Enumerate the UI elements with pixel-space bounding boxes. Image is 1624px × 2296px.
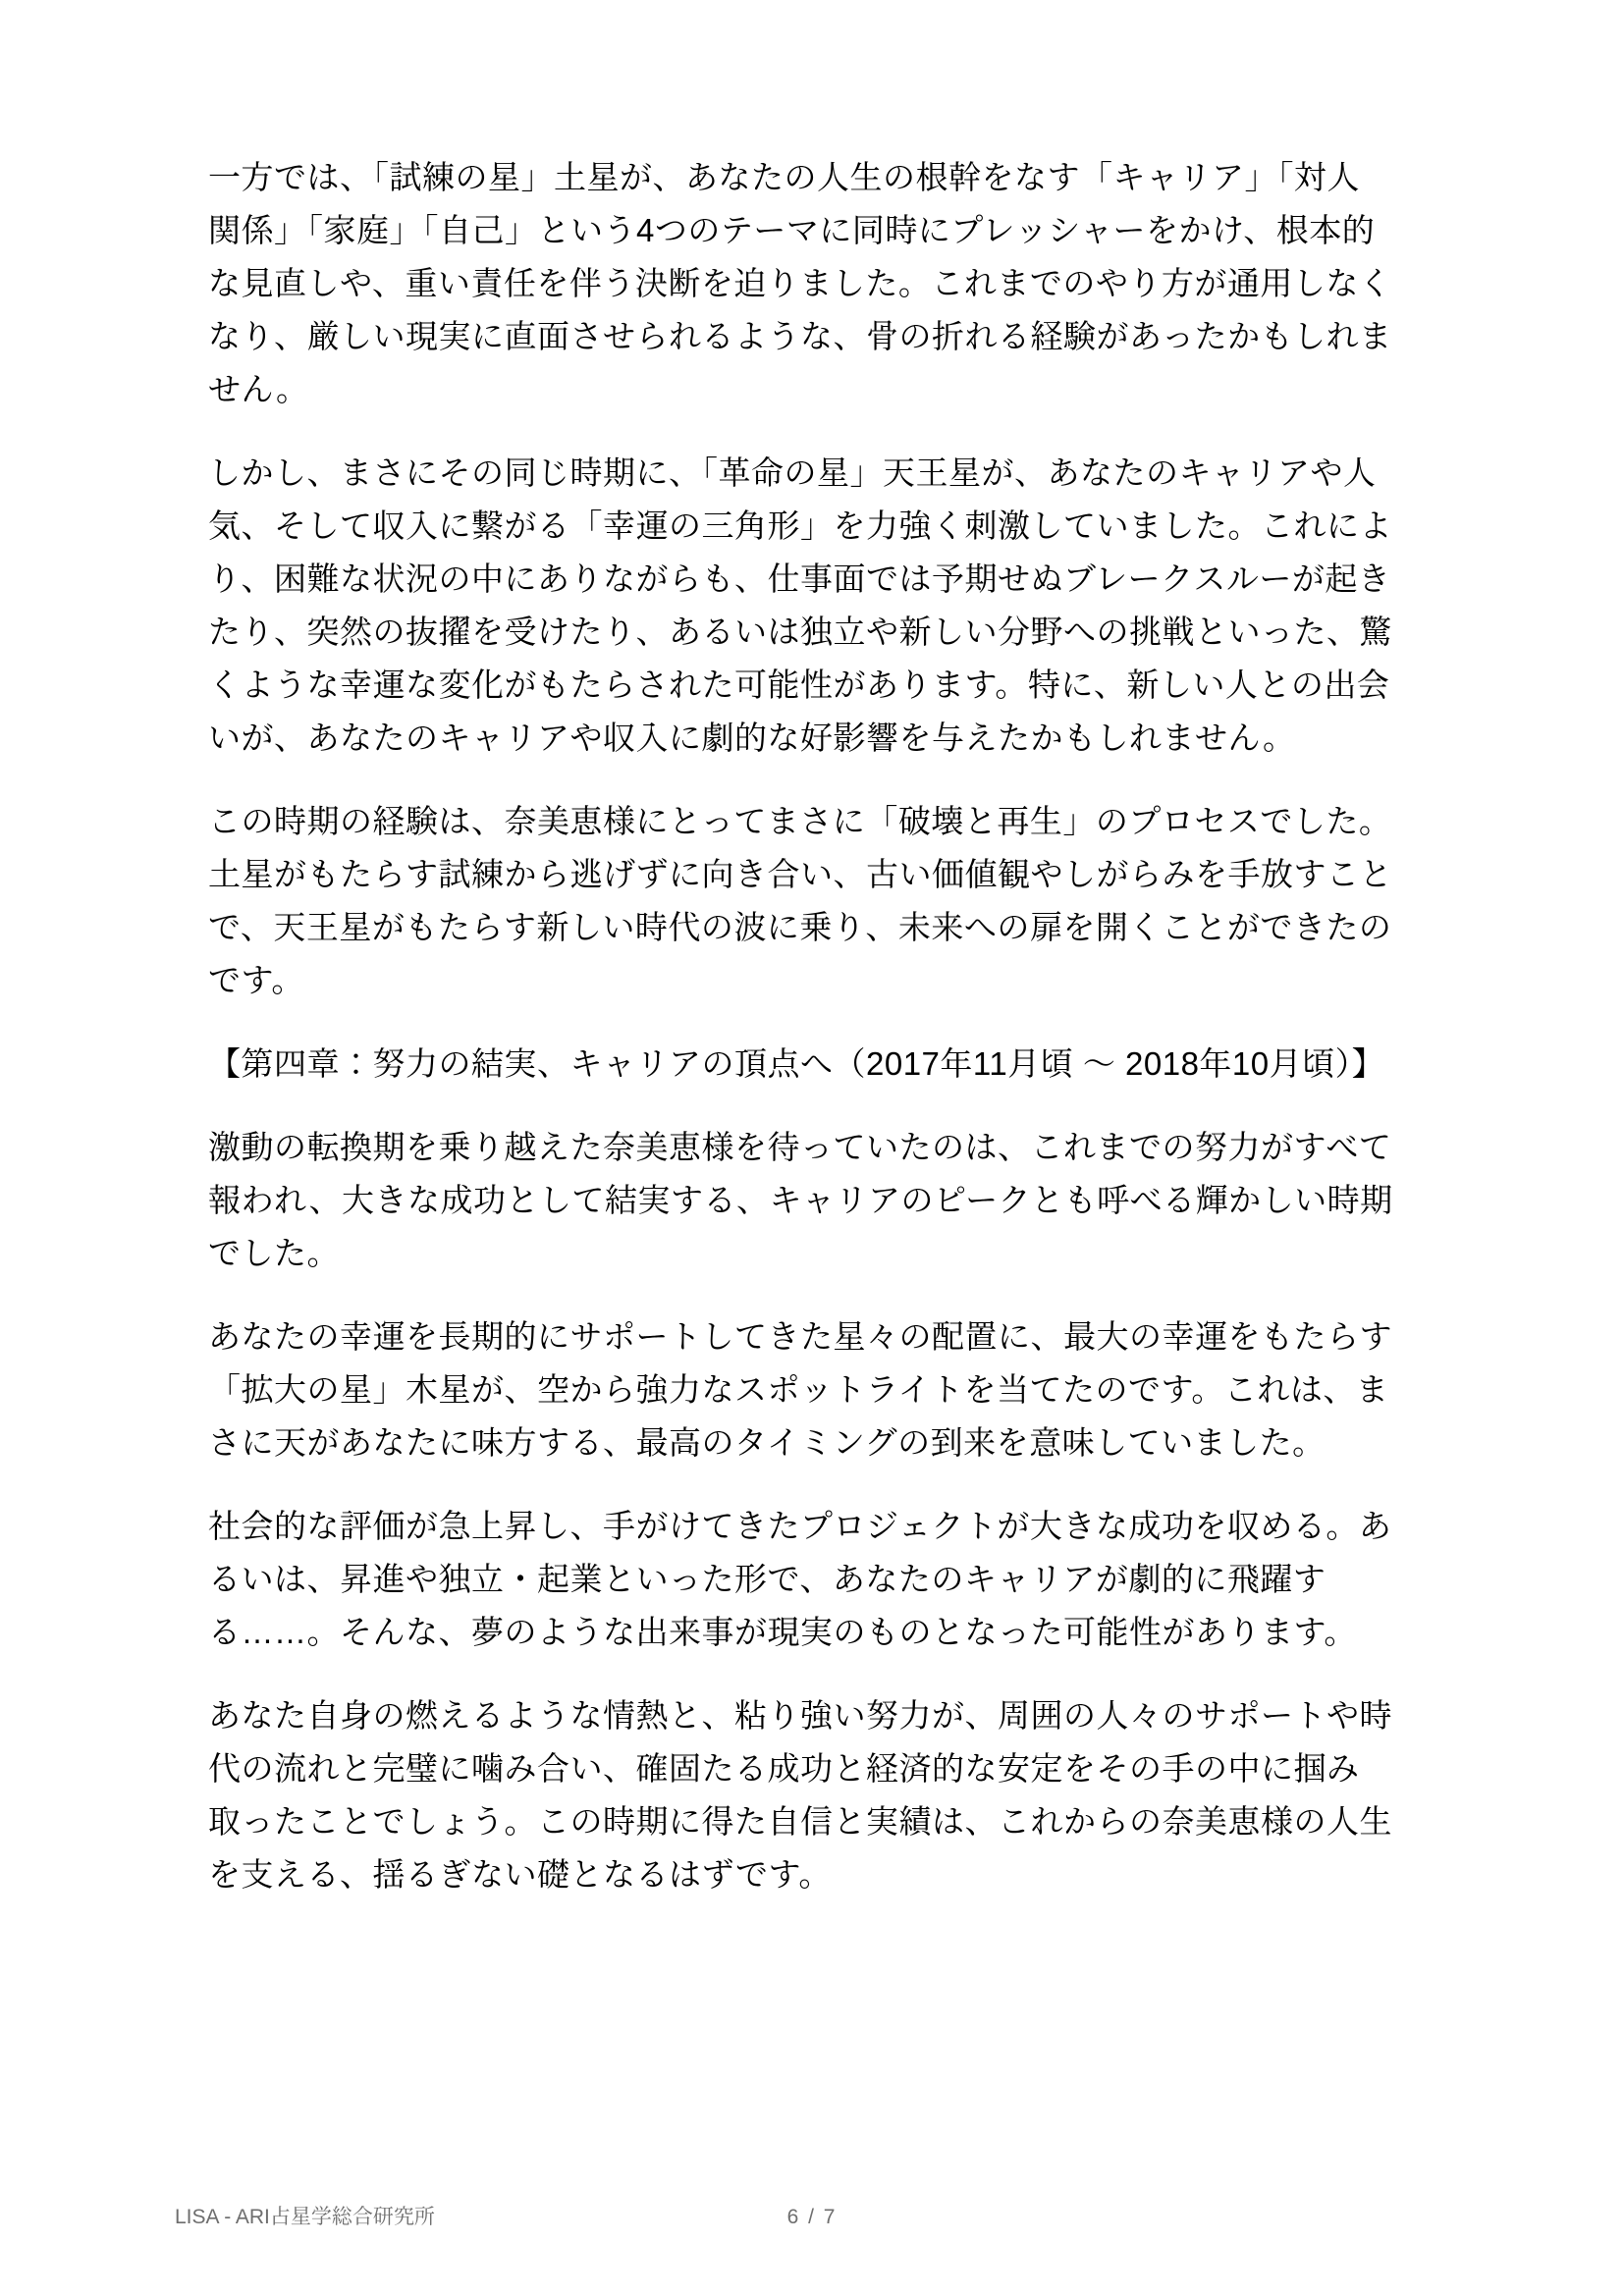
chapter-four-heading: 【第四章：努力の結実、キャリアの頂点へ（2017年11月頃 ～ 2018年10月… <box>208 1038 1401 1091</box>
report-body: 一方では、「試練の星」土星が、あなたの人生の根幹をなす「キャリア」「対人 関係」… <box>208 151 1401 1932</box>
paragraph-passion-and-foundation: あなた自身の燃えるような情熱と、粘り強い努力が、周囲の人々のサポートや時 代の流… <box>208 1689 1401 1901</box>
paragraph-jupiter-spotlight: あなたの幸運を長期的にサポートしてきた星々の配置に、最大の幸運をもたらす 「拡大… <box>208 1310 1401 1469</box>
paragraph-saturn-trials: 一方では、「試練の星」土星が、あなたの人生の根幹をなす「キャリア」「対人 関係」… <box>208 151 1401 416</box>
footer-page-indicator: 6 / 7 <box>0 2203 1624 2232</box>
page-footer: LISA - ARI占星学総合研究所 6 / 7 <box>0 2203 1624 2232</box>
paragraph-social-success: 社会的な評価が急上昇し、手がけてきたプロジェクトが大きな成功を収める。あ るいは… <box>208 1500 1401 1659</box>
document-page: 一方では、「試練の星」土星が、あなたの人生の根幹をなす「キャリア」「対人 関係」… <box>0 0 1624 2296</box>
paragraph-uranus-lucky-triangle: しかし、まさにその同じ時期に、「革命の星」天王星が、あなたのキャリアや人 気、そ… <box>208 447 1401 765</box>
paragraph-career-peak-intro: 激動の転換期を乗り越えた奈美恵様を待っていたのは、これまでの努力がすべて 報われ… <box>208 1121 1401 1280</box>
paragraph-destruction-and-rebirth: この時期の経験は、奈美恵様にとってまさに「破壊と再生」のプロセスでした。 土星が… <box>208 795 1401 1007</box>
